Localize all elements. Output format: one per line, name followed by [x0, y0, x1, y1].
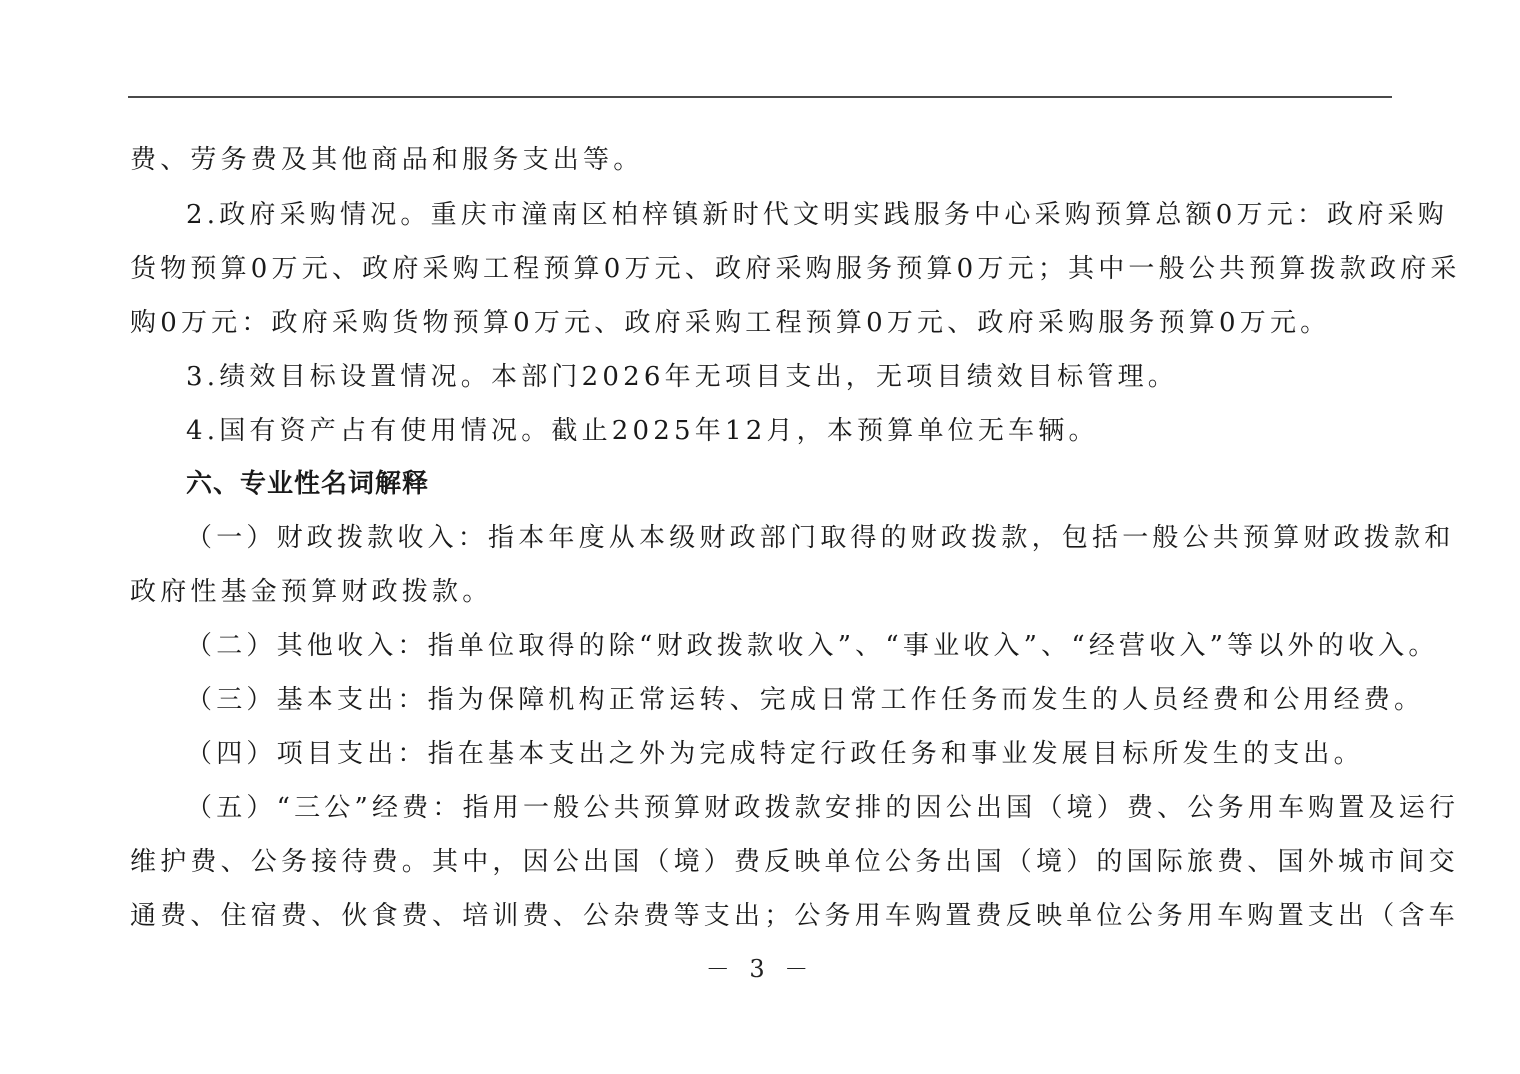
- state-assets-paragraph: 4.国有资产占有使用情况。截止2025年12月，本预算单位无车辆。: [186, 414, 1392, 448]
- term-project-expenditure: （四）项目支出：指在基本支出之外为完成特定行政任务和事业发展目标所发生的支出。: [186, 737, 1392, 771]
- procurement-paragraph-line-1: 2.政府采购情况。重庆市潼南区柏梓镇新时代文明实践服务中心采购预算总额0万元：政…: [186, 198, 1392, 232]
- document-page: 费、劳务费及其他商品和服务支出等。 2.政府采购情况。重庆市潼南区柏梓镇新时代文…: [0, 0, 1520, 1074]
- page-number: － 3 －: [0, 952, 1520, 986]
- procurement-paragraph-line-2: 货物预算0万元、政府采购工程预算0万元、政府采购服务预算0万元；其中一般公共预算…: [130, 252, 1392, 286]
- term-three-public-line-3: 通费、住宿费、伙食费、培训费、公杂费等支出；公务用车购置费反映单位公务用车购置支…: [130, 899, 1392, 933]
- header-rule: [128, 96, 1392, 98]
- section-heading: 六、专业性名词解释: [186, 467, 1392, 501]
- paragraph-continuation-line: 费、劳务费及其他商品和服务支出等。: [130, 143, 1392, 177]
- term-other-income: （二）其他收入：指单位取得的除“财政拨款收入”、“事业收入”、“经营收入”等以外…: [186, 629, 1392, 663]
- performance-goals-paragraph: 3.绩效目标设置情况。本部门2026年无项目支出，无项目绩效目标管理。: [186, 360, 1392, 394]
- term-fiscal-appropriation-line-2: 政府性基金预算财政拨款。: [130, 575, 1392, 609]
- term-three-public-line-2: 维护费、公务接待费。其中，因公出国（境）费反映单位公务出国（境）的国际旅费、国外…: [130, 845, 1392, 879]
- term-fiscal-appropriation-line-1: （一）财政拨款收入：指本年度从本级财政部门取得的财政拨款，包括一般公共预算财政拨…: [186, 521, 1392, 555]
- procurement-paragraph-line-3: 购0万元：政府采购货物预算0万元、政府采购工程预算0万元、政府采购服务预算0万元…: [130, 306, 1392, 340]
- term-three-public-line-1: （五）“三公”经费：指用一般公共预算财政拨款安排的因公出国（境）费、公务用车购置…: [186, 791, 1392, 825]
- term-basic-expenditure: （三）基本支出：指为保障机构正常运转、完成日常工作任务而发生的人员经费和公用经费…: [186, 683, 1392, 717]
